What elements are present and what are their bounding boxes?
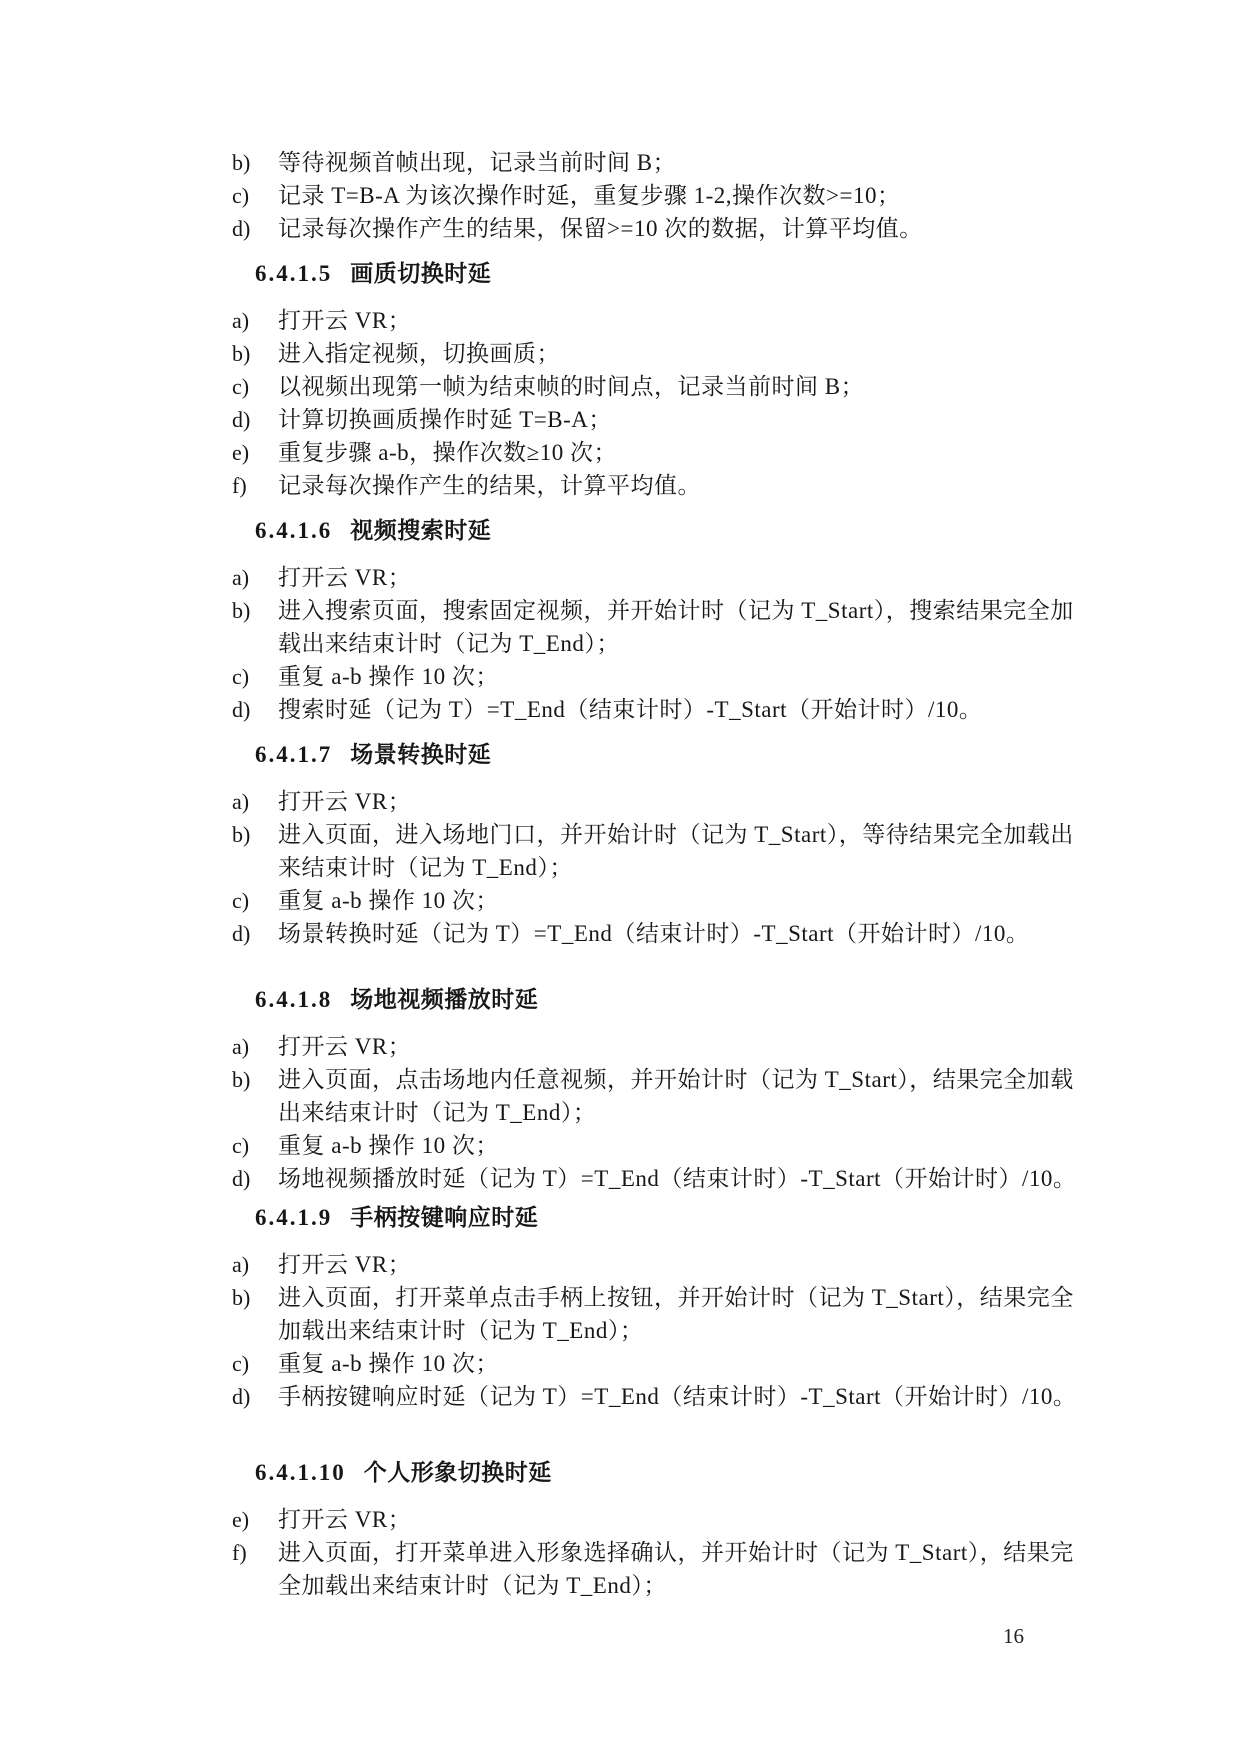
list-item-text: 进入页面，点击场地内任意视频，并开始计时（记为 T_Start），结果完全加载: [278, 1067, 1074, 1092]
list-item-label: b): [232, 818, 278, 851]
intro-list: b) 等待视频首帧出现，记录当前时间 B； c) 记录 T=B-A 为该次操作时…: [232, 146, 1072, 245]
list-item-text: 打开云 VR；: [278, 1507, 411, 1532]
list-item: c) 以视频出现第一帧为结束帧的时间点，记录当前时间 B；: [232, 370, 1072, 403]
list-item-text: 重复步骤 a-b，操作次数≥10 次；: [278, 440, 617, 465]
list-item-text: 载出来结束计时（记为 T_End）；: [278, 631, 620, 656]
section-heading-6415: 6.4.1.5 画质切换时延: [255, 257, 1072, 291]
section-number: 6.4.1.9: [255, 1201, 332, 1235]
list-item: d) 手柄按键响应时延（记为 T）=T_End（结束计时）-T_Start（开始…: [232, 1380, 1072, 1413]
list-item: a) 打开云 VR；: [232, 1030, 1072, 1063]
list-item: b) 进入搜索页面，搜索固定视频，并开始计时（记为 T_Start），搜索结果完…: [232, 594, 1072, 660]
section-title: 画质切换时延: [350, 257, 491, 291]
list-item: b) 进入指定视频，切换画质；: [232, 337, 1072, 370]
list-item: a) 打开云 VR；: [232, 1248, 1072, 1281]
section-number: 6.4.1.10: [255, 1456, 346, 1490]
section-number: 6.4.1.5: [255, 257, 332, 291]
list-item: a) 打开云 VR；: [232, 304, 1072, 337]
list-item: d) 场景转换时延（记为 T）=T_End（结束计时）-T_Start（开始计时…: [232, 917, 1072, 950]
list-item-text: 记录 T=B-A 为该次操作时延，重复步骤 1-2,操作次数>=10；: [278, 183, 900, 208]
list-item-label: c): [232, 370, 278, 403]
list-item-text: 重复 a-b 操作 10 次；: [278, 664, 499, 689]
list-item-label: d): [232, 917, 278, 950]
list-item: c) 重复 a-b 操作 10 次；: [232, 884, 1072, 917]
section-title: 场地视频播放时延: [350, 983, 538, 1017]
list-item-text: 出来结束计时（记为 T_End）；: [278, 1100, 596, 1125]
list-item-label: a): [232, 561, 278, 594]
list-item: c) 重复 a-b 操作 10 次；: [232, 1129, 1072, 1162]
list-item: c) 重复 a-b 操作 10 次；: [232, 660, 1072, 693]
list-item-label: c): [232, 179, 278, 212]
list-item-text: 等待视频首帧出现，记录当前时间 B；: [278, 150, 676, 175]
list-item-text: 打开云 VR；: [278, 789, 411, 814]
list-item: d) 记录每次操作产生的结果，保留>=10 次的数据，计算平均值。: [232, 212, 1072, 245]
list-item-label: a): [232, 1030, 278, 1063]
list-item-text: 进入页面，打开菜单点击手柄上按钮，并开始计时（记为 T_Start），结果完全: [278, 1285, 1074, 1310]
list-item-label: c): [232, 884, 278, 917]
section-heading-64110: 6.4.1.10 个人形象切换时延: [255, 1456, 1072, 1490]
list-item-text: 重复 a-b 操作 10 次；: [278, 888, 499, 913]
list-item-label: c): [232, 1129, 278, 1162]
list-item-text: 来结束计时（记为 T_End）；: [278, 855, 573, 880]
list-item-text: 记录每次操作产生的结果，保留>=10 次的数据，计算平均值。: [278, 216, 923, 241]
list-item-text: 打开云 VR；: [278, 308, 411, 333]
document-page: b) 等待视频首帧出现，记录当前时间 B； c) 记录 T=B-A 为该次操作时…: [0, 0, 1240, 1754]
section-number: 6.4.1.7: [255, 738, 332, 772]
list-item-text: 手柄按键响应时延（记为 T）=T_End（结束计时）-T_Start（开始计时）…: [278, 1384, 1076, 1409]
list-item-label: a): [232, 785, 278, 818]
section-list-6417: a) 打开云 VR； b) 进入页面，进入场地门口，并开始计时（记为 T_Sta…: [232, 785, 1072, 950]
list-item-text: 计算切换画质操作时延 T=B-A；: [278, 407, 612, 432]
section-title: 个人形象切换时延: [364, 1456, 552, 1490]
list-item-label: b): [232, 337, 278, 370]
list-item-label: b): [232, 1281, 278, 1314]
list-item-text: 以视频出现第一帧为结束帧的时间点，记录当前时间 B；: [278, 374, 864, 399]
list-item: c) 重复 a-b 操作 10 次；: [232, 1347, 1072, 1380]
list-item-text: 记录每次操作产生的结果，计算平均值。: [278, 473, 701, 498]
list-item: a) 打开云 VR；: [232, 785, 1072, 818]
list-item: c) 记录 T=B-A 为该次操作时延，重复步骤 1-2,操作次数>=10；: [232, 179, 1072, 212]
section-list-6418: a) 打开云 VR； b) 进入页面，点击场地内任意视频，并开始计时（记为 T_…: [232, 1030, 1072, 1195]
list-item-text: 重复 a-b 操作 10 次；: [278, 1133, 499, 1158]
section-heading-6416: 6.4.1.6 视频搜索时延: [255, 514, 1072, 548]
page-number: 16: [1003, 1622, 1024, 1650]
list-item-label: f): [232, 1536, 278, 1569]
section-title: 场景转换时延: [350, 738, 491, 772]
section-number: 6.4.1.8: [255, 983, 332, 1017]
section-list-6419: a) 打开云 VR； b) 进入页面，打开菜单点击手柄上按钮，并开始计时（记为 …: [232, 1248, 1072, 1413]
list-item: b) 进入页面，进入场地门口，并开始计时（记为 T_Start），等待结果完全加…: [232, 818, 1072, 884]
list-item: b) 进入页面，打开菜单点击手柄上按钮，并开始计时（记为 T_Start），结果…: [232, 1281, 1072, 1347]
list-item: a) 打开云 VR；: [232, 561, 1072, 594]
list-item-text: 打开云 VR；: [278, 1252, 411, 1277]
list-item: d) 计算切换画质操作时延 T=B-A；: [232, 403, 1072, 436]
list-item-text: 进入页面，打开菜单进入形象选择确认，并开始计时（记为 T_Start），结果完: [278, 1540, 1074, 1565]
list-item-label: c): [232, 660, 278, 693]
list-item: d) 搜索时延（记为 T）=T_End（结束计时）-T_Start（开始计时）/…: [232, 693, 1072, 726]
list-item: b) 等待视频首帧出现，记录当前时间 B；: [232, 146, 1072, 179]
section-heading-6418: 6.4.1.8 场地视频播放时延: [255, 983, 1072, 1017]
section-heading-6419: 6.4.1.9 手柄按键响应时延: [255, 1201, 1072, 1235]
list-item-text: 场地视频播放时延（记为 T）=T_End（结束计时）-T_Start（开始计时）…: [278, 1166, 1076, 1191]
list-item: f) 进入页面，打开菜单进入形象选择确认，并开始计时（记为 T_Start），结…: [232, 1536, 1072, 1602]
list-item: e) 打开云 VR；: [232, 1503, 1072, 1536]
list-item-label: d): [232, 1380, 278, 1413]
list-item: d) 场地视频播放时延（记为 T）=T_End（结束计时）-T_Start（开始…: [232, 1162, 1072, 1195]
list-item-label: d): [232, 1162, 278, 1195]
list-item-label: c): [232, 1347, 278, 1380]
section-list-64110: e) 打开云 VR； f) 进入页面，打开菜单进入形象选择确认，并开始计时（记为…: [232, 1503, 1072, 1602]
list-item-label: b): [232, 594, 278, 627]
section-title: 视频搜索时延: [350, 514, 491, 548]
list-item-text: 加载出来结束计时（记为 T_End）；: [278, 1318, 643, 1343]
list-item-text: 全加载出来结束计时（记为 T_End）；: [278, 1573, 667, 1598]
section-number: 6.4.1.6: [255, 514, 332, 548]
list-item-label: e): [232, 1503, 278, 1536]
section-heading-6417: 6.4.1.7 场景转换时延: [255, 738, 1072, 772]
section-title: 手柄按键响应时延: [350, 1201, 538, 1235]
list-item-label: e): [232, 436, 278, 469]
list-item: b) 进入页面，点击场地内任意视频，并开始计时（记为 T_Start），结果完全…: [232, 1063, 1072, 1129]
list-item-label: d): [232, 693, 278, 726]
list-item-text: 重复 a-b 操作 10 次；: [278, 1351, 499, 1376]
list-item: e) 重复步骤 a-b，操作次数≥10 次；: [232, 436, 1072, 469]
list-item-label: d): [232, 212, 278, 245]
section-list-6415: a) 打开云 VR； b) 进入指定视频，切换画质； c) 以视频出现第一帧为结…: [232, 304, 1072, 502]
list-item-label: b): [232, 146, 278, 179]
list-item-label: f): [232, 469, 278, 502]
list-item: f) 记录每次操作产生的结果，计算平均值。: [232, 469, 1072, 502]
list-item-label: b): [232, 1063, 278, 1096]
list-item-text: 场景转换时延（记为 T）=T_End（结束计时）-T_Start（开始计时）/1…: [278, 921, 1029, 946]
list-item-label: a): [232, 1248, 278, 1281]
list-item-text: 进入指定视频，切换画质；: [278, 341, 560, 366]
list-item-label: a): [232, 304, 278, 337]
list-item-text: 进入页面，进入场地门口，并开始计时（记为 T_Start），等待结果完全加载出: [278, 822, 1074, 847]
list-item-text: 进入搜索页面，搜索固定视频，并开始计时（记为 T_Start），搜索结果完全加: [278, 598, 1074, 623]
list-item-text: 打开云 VR；: [278, 565, 411, 590]
section-list-6416: a) 打开云 VR； b) 进入搜索页面，搜索固定视频，并开始计时（记为 T_S…: [232, 561, 1072, 726]
list-item-text: 搜索时延（记为 T）=T_End（结束计时）-T_Start（开始计时）/10。: [278, 697, 982, 722]
list-item-text: 打开云 VR；: [278, 1034, 411, 1059]
page-content: b) 等待视频首帧出现，记录当前时间 B； c) 记录 T=B-A 为该次操作时…: [232, 146, 1072, 1602]
list-item-label: d): [232, 403, 278, 436]
